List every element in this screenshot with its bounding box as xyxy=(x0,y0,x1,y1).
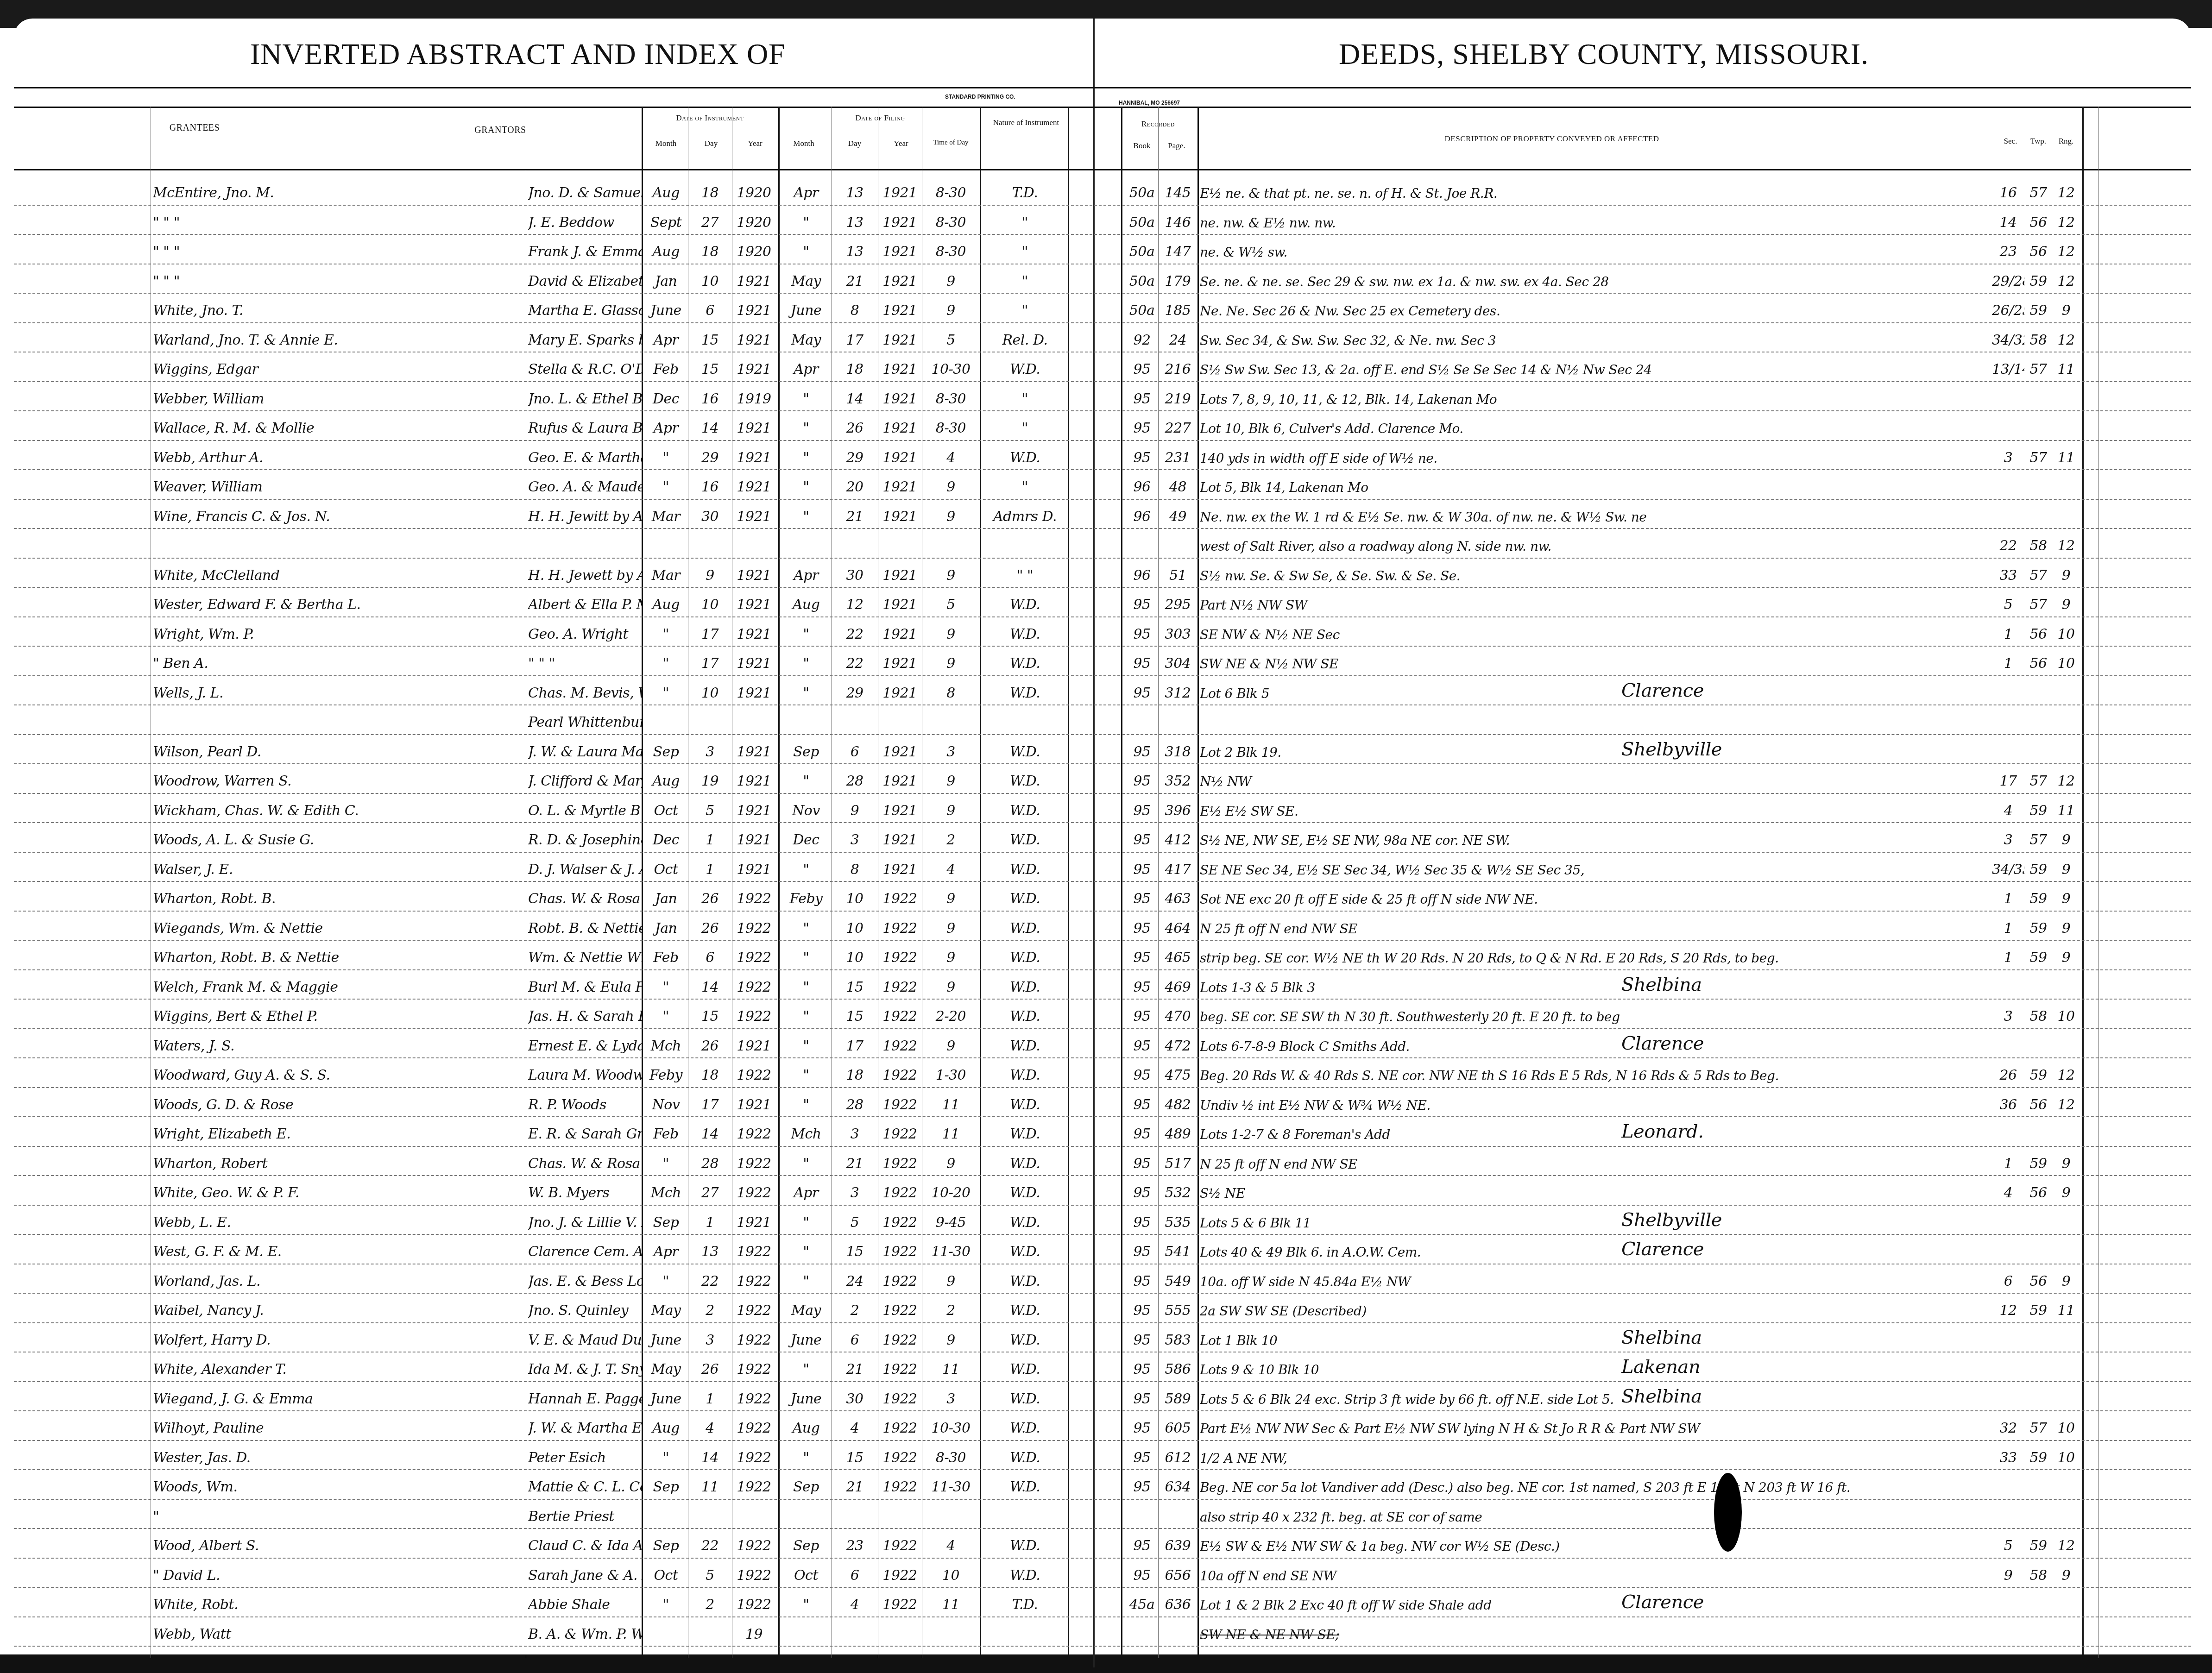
cell-nature: " xyxy=(982,479,1068,495)
cell-twp: 56 xyxy=(2024,655,2052,672)
cell-rng: 12 xyxy=(2052,773,2080,789)
cell-time: 9 xyxy=(922,302,980,319)
cell-description: strip beg. SE cor. W½ NE th W 20 Rds. N … xyxy=(1200,950,1987,966)
cell-page: 24 xyxy=(1160,332,1195,348)
cell-sec: 14 xyxy=(1992,214,2024,231)
cell-inst-year: 1922 xyxy=(732,1332,776,1348)
cell-grantee: Webber, William xyxy=(153,391,523,407)
cell-grantee: Waters, J. S. xyxy=(153,1038,523,1054)
cell-sec: 36 xyxy=(1992,1097,2024,1113)
cell-file-month: " xyxy=(781,244,832,260)
cell-sec: 22 xyxy=(1992,538,2024,554)
cell-time: 8-30 xyxy=(922,391,980,407)
cell-inst-year: 1922 xyxy=(732,1008,776,1025)
cell-rng: 10 xyxy=(2052,1450,2080,1466)
cell-book: 50a xyxy=(1123,185,1160,201)
cell-description: 140 yds in width off E side of W½ ne. xyxy=(1200,451,1987,466)
cell-time: 11 xyxy=(922,1361,980,1377)
table-row: Wood, Albert S.Claud C. & Ida A. LinsonS… xyxy=(0,1529,2212,1557)
table-row: Wiegands, Wm. & NettieRobt. B. & Nettie … xyxy=(0,912,2212,939)
cell-nature: W.D. xyxy=(982,1479,1068,1495)
table-row: Wharton, Robt. B. & NettieWm. & Nettie W… xyxy=(0,941,2212,969)
cell-inst-month: Oct xyxy=(644,862,688,878)
cell-file-year: 1921 xyxy=(878,773,922,789)
cell-file-month: " xyxy=(781,1450,832,1466)
cell-inst-month: Apr xyxy=(644,1244,688,1260)
cell-grantee: " xyxy=(153,1509,523,1525)
cell-book: 95 xyxy=(1123,1332,1160,1348)
cell-inst-month: " xyxy=(644,626,688,642)
cell-nature: W.D. xyxy=(982,891,1068,907)
cell-grantee: Waibel, Nancy J. xyxy=(153,1302,523,1319)
cell-inst-month: Aug xyxy=(644,244,688,260)
table-row: "Bertie Priestalso strip 40 x 232 ft. be… xyxy=(0,1500,2212,1528)
cell-description: Lot 1 & 2 Blk 2 Exc 40 ft off W side Sha… xyxy=(1200,1598,1987,1613)
header-nature: Nature of Instrument xyxy=(984,118,1068,127)
cell-page: 639 xyxy=(1160,1538,1195,1554)
cell-file-year: 1922 xyxy=(878,1420,922,1436)
cell-file-month: Sep xyxy=(781,744,832,760)
cell-rng: 9 xyxy=(2052,1273,2080,1289)
cell-rng: 12 xyxy=(2052,1097,2080,1113)
cell-inst-day: 18 xyxy=(688,1067,732,1083)
cell-page: 49 xyxy=(1160,509,1195,525)
cell-page: 48 xyxy=(1160,479,1195,495)
cell-grantee: Webb, Arthur A. xyxy=(153,450,523,466)
cell-book: 95 xyxy=(1123,1567,1160,1584)
cell-inst-month: " xyxy=(644,1597,688,1613)
cell-page: 469 xyxy=(1160,979,1195,995)
cell-twp: 59 xyxy=(2024,1302,2052,1319)
header-inst-year: Year xyxy=(734,139,776,148)
cell-file-month: " xyxy=(781,450,832,466)
table-row: Woods, G. D. & RoseR. P. WoodsNov171921"… xyxy=(0,1088,2212,1116)
cell-inst-year: 1921 xyxy=(732,450,776,466)
cell-file-year: 1921 xyxy=(878,597,922,613)
cell-inst-year: 1922 xyxy=(732,1567,776,1584)
cell-inst-day: 1 xyxy=(688,832,732,848)
cell-page: 555 xyxy=(1160,1302,1195,1319)
cell-grantee: West, G. F. & M. E. xyxy=(153,1244,523,1260)
cell-inst-month: Sep xyxy=(644,1538,688,1554)
cell-time: 8-30 xyxy=(922,1450,980,1466)
table-row: Wharton, Robt. B.Chas. W. & Rosa L. Blin… xyxy=(0,882,2212,910)
cell-grantor: Clarence Cem. Assn xyxy=(528,1244,642,1260)
cell-description: Lot 5, Blk 14, Lakenan Mo xyxy=(1200,480,1987,495)
cell-inst-day: 26 xyxy=(688,891,732,907)
cell-time: 9 xyxy=(922,1332,980,1348)
cell-inst-year: 1921 xyxy=(732,332,776,348)
cell-file-year: 1921 xyxy=(878,803,922,819)
cell-inst-year: 1921 xyxy=(732,803,776,819)
cell-rng: 11 xyxy=(2052,450,2080,466)
cell-page: 146 xyxy=(1160,214,1195,231)
cell-inst-day: 1 xyxy=(688,1214,732,1231)
cell-town: Shelbina xyxy=(1621,1386,1862,1407)
cell-page: 470 xyxy=(1160,1008,1195,1025)
cell-page: 489 xyxy=(1160,1126,1195,1142)
cell-description: E½ E½ SW SE. xyxy=(1200,804,1987,819)
cell-inst-day: 22 xyxy=(688,1273,732,1289)
header-twp: Twp. xyxy=(2024,137,2052,146)
cell-twp: 59 xyxy=(2024,862,2052,878)
cell-inst-day: 14 xyxy=(688,979,732,995)
cell-book: 95 xyxy=(1123,1038,1160,1054)
cell-nature: W.D. xyxy=(982,1450,1068,1466)
cell-file-year: 1922 xyxy=(878,1067,922,1083)
cell-file-year: 1921 xyxy=(878,420,922,436)
cell-grantor: Chas. W. & Rosa L. Blines xyxy=(528,1156,642,1172)
cell-file-month: Apr xyxy=(781,1185,832,1201)
cell-book: 95 xyxy=(1123,1302,1160,1319)
cell-sec: 26 xyxy=(1992,1067,2024,1083)
cell-grantor: Jno. D. & Samuel C. McCarty xyxy=(528,185,642,201)
cell-inst-day: 15 xyxy=(688,361,732,377)
cell-grantor: R. D. & Josephine Wood xyxy=(528,832,642,848)
cell-file-day: 23 xyxy=(832,1538,878,1554)
cell-file-day: 21 xyxy=(832,273,878,289)
cell-file-month: May xyxy=(781,273,832,289)
cell-page: 352 xyxy=(1160,773,1195,789)
cell-description: Se. ne. & ne. se. Sec 29 & sw. nw. ex 1a… xyxy=(1200,274,1987,289)
cell-book: 95 xyxy=(1123,862,1160,878)
cell-book: 95 xyxy=(1123,832,1160,848)
table-row: Wilson, Pearl D.J. W. & Laura May Wilson… xyxy=(0,735,2212,763)
cell-grantee: Wallace, R. M. & Mollie xyxy=(153,420,523,436)
cell-nature: W.D. xyxy=(982,1097,1068,1113)
cell-description: N 25 ft off N end NW SE xyxy=(1200,1157,1987,1172)
cell-nature: W.D. xyxy=(982,1302,1068,1319)
cell-twp: 57 xyxy=(2024,185,2052,201)
cell-time: 10-30 xyxy=(922,361,980,377)
cell-page: 464 xyxy=(1160,920,1195,937)
cell-book: 95 xyxy=(1123,1391,1160,1407)
cell-grantee: Wharton, Robt. B. xyxy=(153,891,523,907)
cell-description: N½ NW xyxy=(1200,774,1987,789)
cell-inst-year: 1922 xyxy=(732,1391,776,1407)
cell-file-month: May xyxy=(781,1302,832,1319)
cell-grantee: Wharton, Robert xyxy=(153,1156,523,1172)
cell-inst-day: 26 xyxy=(688,920,732,937)
cell-twp: 59 xyxy=(2024,273,2052,289)
cell-book: 95 xyxy=(1123,1067,1160,1083)
header-file-month: Month xyxy=(781,139,827,148)
cell-inst-month: Feb xyxy=(644,950,688,966)
cell-time: 10-20 xyxy=(922,1185,980,1201)
cell-inst-year: 1921 xyxy=(732,862,776,878)
cell-town: Clarence xyxy=(1621,1591,1862,1613)
cell-file-year: 1922 xyxy=(878,1538,922,1554)
cell-inst-day: 29 xyxy=(688,450,732,466)
cell-file-day: 8 xyxy=(832,302,878,319)
table-row: Waters, J. S.Ernest E. & Lyda B. Donalds… xyxy=(0,1029,2212,1057)
cell-nature: W.D. xyxy=(982,773,1068,789)
cell-file-year: 1921 xyxy=(878,302,922,319)
cell-inst-day: 1 xyxy=(688,862,732,878)
cell-grantee: Woodrow, Warren S. xyxy=(153,773,523,789)
cell-inst-month: " xyxy=(644,655,688,672)
cell-book: 95 xyxy=(1123,450,1160,466)
printer-location: HANNIBAL, MO 256697 xyxy=(1119,100,1180,106)
cell-inst-month: Mar xyxy=(644,567,688,584)
cell-inst-month: " xyxy=(644,479,688,495)
cell-sec: 1 xyxy=(1992,891,2024,907)
cell-inst-day: 27 xyxy=(688,214,732,231)
cell-time: 11-30 xyxy=(922,1479,980,1495)
cell-grantee: Worland, Jas. L. xyxy=(153,1273,523,1289)
cell-book: 95 xyxy=(1123,773,1160,789)
cell-inst-day: 15 xyxy=(688,332,732,348)
header-rule-bottom xyxy=(14,169,2191,170)
cell-nature: " xyxy=(982,214,1068,231)
cell-file-day: 6 xyxy=(832,744,878,760)
cell-grantor: Hannah E. Paggett xyxy=(528,1391,642,1407)
cell-twp: 57 xyxy=(2024,450,2052,466)
cell-book: 50a xyxy=(1123,302,1160,319)
cell-nature: W.D. xyxy=(982,1332,1068,1348)
cell-time: 9 xyxy=(922,626,980,642)
cell-file-day: 21 xyxy=(832,1361,878,1377)
cell-book: 95 xyxy=(1123,361,1160,377)
cell-twp: 59 xyxy=(2024,302,2052,319)
cell-twp: 59 xyxy=(2024,1450,2052,1466)
cell-description: Lots 5 & 6 Blk 24 exc. Strip 3 ft wide b… xyxy=(1200,1392,1987,1407)
cell-twp: 57 xyxy=(2024,1420,2052,1436)
cell-description: Lot 2 Blk 19. xyxy=(1200,745,1987,760)
cell-book: 95 xyxy=(1123,744,1160,760)
cell-file-year: 1922 xyxy=(878,1273,922,1289)
cell-inst-year: 1922 xyxy=(732,1597,776,1613)
table-row: White, Geo. W. & P. F.W. B. MyersMch2719… xyxy=(0,1176,2212,1204)
cell-grantee: " " " xyxy=(153,244,523,260)
cell-inst-day: 14 xyxy=(688,1126,732,1142)
cell-twp: 57 xyxy=(2024,597,2052,613)
cell-grantee: Warland, Jno. T. & Annie E. xyxy=(153,332,523,348)
cell-inst-year: 19 xyxy=(732,1626,776,1642)
table-row: White, McClellandH. H. Jewett by Admr.Ma… xyxy=(0,559,2212,586)
cell-inst-month: Mch xyxy=(644,1185,688,1201)
cell-description: S½ NE, NW SE, E½ SE NW, 98a NE cor. NE S… xyxy=(1200,833,1987,848)
cell-description: E½ ne. & that pt. ne. se. n. of H. & St.… xyxy=(1200,186,1987,201)
cell-description: N 25 ft off N end NW SE xyxy=(1200,921,1987,937)
cell-time: 3 xyxy=(922,1391,980,1407)
cell-file-day: 24 xyxy=(832,1273,878,1289)
cell-inst-month: " xyxy=(644,1156,688,1172)
cell-description: Lot 1 Blk 10 xyxy=(1200,1333,1987,1348)
cell-inst-month: May xyxy=(644,1302,688,1319)
cell-page: 396 xyxy=(1160,803,1195,819)
cell-inst-month: Dec xyxy=(644,832,688,848)
cell-nature: W.D. xyxy=(982,1361,1068,1377)
cell-book: 95 xyxy=(1123,1156,1160,1172)
cell-page: 216 xyxy=(1160,361,1195,377)
cell-inst-year: 1922 xyxy=(732,1479,776,1495)
cell-grantor: O. L. & Myrtle B. Phillibert xyxy=(528,803,642,819)
cell-inst-month: " xyxy=(644,979,688,995)
cell-book: 95 xyxy=(1123,1126,1160,1142)
cell-rng: 9 xyxy=(2052,567,2080,584)
cell-grantee: Wilhoyt, Pauline xyxy=(153,1420,523,1436)
cell-town: Shelbina xyxy=(1621,1327,1862,1348)
cell-grantor: Jas. E. & Bess Lou Worland xyxy=(528,1273,642,1289)
cell-file-day: 13 xyxy=(832,214,878,231)
cell-inst-month: Apr xyxy=(644,420,688,436)
cell-grantor: Jno. L. & Ethel Baxter xyxy=(528,391,642,407)
cell-time: 9 xyxy=(922,479,980,495)
cell-sec: 3 xyxy=(1992,450,2024,466)
cell-nature: W.D. xyxy=(982,1185,1068,1201)
cell-file-year: 1921 xyxy=(878,450,922,466)
header-sec: Sec. xyxy=(1997,137,2024,146)
cell-page: 147 xyxy=(1160,244,1195,260)
cell-town: Shelbina xyxy=(1621,974,1862,995)
header-rng: Rng. xyxy=(2052,137,2080,146)
cell-town: Leonard. xyxy=(1621,1121,1862,1142)
cell-file-month: " xyxy=(781,214,832,231)
table-row: McEntire, Jno. M.Jno. D. & Samuel C. McC… xyxy=(0,176,2212,204)
cell-page: 227 xyxy=(1160,420,1195,436)
cell-file-month: " xyxy=(781,1597,832,1613)
cell-grantee: Wright, Elizabeth E. xyxy=(153,1126,523,1142)
cell-twp: 56 xyxy=(2024,1097,2052,1113)
cell-grantee: Woods, A. L. & Susie G. xyxy=(153,832,523,848)
cell-file-year: 1921 xyxy=(878,862,922,878)
cell-file-month: May xyxy=(781,332,832,348)
table-row: White, Alexander T.Ida M. & J. T. Snyder… xyxy=(0,1352,2212,1380)
cell-rng: 12 xyxy=(2052,1538,2080,1554)
table-row: Woodrow, Warren S.J. Clifford & Mary A. … xyxy=(0,764,2212,792)
cell-file-year: 1922 xyxy=(878,1391,922,1407)
cell-inst-day: 6 xyxy=(688,302,732,319)
cell-sec: 5 xyxy=(1992,1538,2024,1554)
cell-grantor: Claud C. & Ida A. Linson xyxy=(528,1538,642,1554)
cell-description: SW NE & N½ NW SE xyxy=(1200,656,1987,672)
cell-time: 8-30 xyxy=(922,420,980,436)
cell-inst-year: 1921 xyxy=(732,567,776,584)
cell-book: 95 xyxy=(1123,950,1160,966)
cell-inst-day: 18 xyxy=(688,244,732,260)
cell-file-day: 28 xyxy=(832,773,878,789)
cell-inst-month: Aug xyxy=(644,773,688,789)
cell-file-month: Oct xyxy=(781,1567,832,1584)
cell-grantee: Wood, Albert S. xyxy=(153,1538,523,1554)
header-time-of-day: Time of Day xyxy=(922,139,980,147)
cell-grantor: D. J. Walser & J. A. Robinson xyxy=(528,862,642,878)
cell-grantee: Wester, Jas. D. xyxy=(153,1450,523,1466)
cell-grantor: Wm. & Nettie Wiegands xyxy=(528,950,642,966)
cell-inst-day: 17 xyxy=(688,626,732,642)
cell-time: 8 xyxy=(922,685,980,701)
cell-sec: 3 xyxy=(1992,832,2024,848)
cell-page: 318 xyxy=(1160,744,1195,760)
cell-grantor: E. R. & Sarah Grace Pitman xyxy=(528,1126,642,1142)
cell-file-year: 1922 xyxy=(878,1038,922,1054)
cell-book: 95 xyxy=(1123,1008,1160,1025)
cell-sec: 1 xyxy=(1992,655,2024,672)
cell-inst-day: 3 xyxy=(688,1332,732,1348)
cell-inst-month: Aug xyxy=(644,1420,688,1436)
cell-file-day: 10 xyxy=(832,891,878,907)
cell-inst-year: 1922 xyxy=(732,1273,776,1289)
cell-page: 589 xyxy=(1160,1391,1195,1407)
table-row: Wilhoyt, PaulineJ. W. & Martha E. O'Dani… xyxy=(0,1411,2212,1439)
cell-time: 9 xyxy=(922,509,980,525)
cell-inst-month: Nov xyxy=(644,1097,688,1113)
cell-book: 95 xyxy=(1123,979,1160,995)
cell-time: 10-30 xyxy=(922,1420,980,1436)
cell-file-month: Feby xyxy=(781,891,832,907)
cell-inst-day: 2 xyxy=(688,1597,732,1613)
cell-book: 95 xyxy=(1123,1273,1160,1289)
cell-book: 95 xyxy=(1123,920,1160,937)
cell-nature: W.D. xyxy=(982,1567,1068,1584)
cell-inst-day: 28 xyxy=(688,1156,732,1172)
cell-inst-year: 1921 xyxy=(732,655,776,672)
cell-book: 45a xyxy=(1123,1597,1160,1613)
cell-file-year: 1921 xyxy=(878,391,922,407)
table-row: Pearl Whittenburg xyxy=(0,705,2212,733)
cell-grantor: Jno. J. & Lillie V. Hewitt xyxy=(528,1214,642,1231)
cell-book: 95 xyxy=(1123,1450,1160,1466)
cell-description: beg. SE cor. SE SW th N 30 ft. Southwest… xyxy=(1200,1009,1987,1025)
cell-file-month: " xyxy=(781,862,832,878)
cell-file-month: Aug xyxy=(781,597,832,613)
cell-file-year: 1921 xyxy=(878,509,922,525)
cell-grantor: B. A. & Wm. P. Wright xyxy=(528,1626,642,1642)
table-row: Welch, Frank M. & MaggieBurl M. & Eula F… xyxy=(0,970,2212,998)
cell-description: S½ nw. Se. & Sw Se, & Se. Sw. & Se. Se. xyxy=(1200,568,1987,584)
cell-book: 96 xyxy=(1123,509,1160,525)
cell-page: 532 xyxy=(1160,1185,1195,1201)
cell-inst-year: 1921 xyxy=(732,302,776,319)
cell-inst-year: 1922 xyxy=(732,1538,776,1554)
cell-page: 517 xyxy=(1160,1156,1195,1172)
cell-time: 4 xyxy=(922,1538,980,1554)
cell-inst-day: 27 xyxy=(688,1185,732,1201)
table-row: Webb, L. E.Jno. J. & Lillie V. HewittSep… xyxy=(0,1206,2212,1233)
cell-inst-year: 1921 xyxy=(732,597,776,613)
cell-grantee: Wiegands, Wm. & Nettie xyxy=(153,920,523,937)
cell-inst-year: 1922 xyxy=(732,891,776,907)
cell-grantor: Mary E. Sparks by Guardian xyxy=(528,332,642,348)
cell-sec: 5 xyxy=(1992,597,2024,613)
cell-grantor: David & Elizabeth Bayed xyxy=(528,273,642,289)
cell-inst-day: 15 xyxy=(688,1008,732,1025)
cell-inst-year: 1920 xyxy=(732,214,776,231)
cell-inst-month: Sep xyxy=(644,1214,688,1231)
cell-sec: 34/32/3 xyxy=(1992,332,2024,348)
cell-sec: 13/14/24 xyxy=(1992,361,2024,377)
cell-grantee: Wiggins, Edgar xyxy=(153,361,523,377)
cell-rng: 10 xyxy=(2052,1420,2080,1436)
cell-grantor: Chas. W. & Rosa L. Blines xyxy=(528,891,642,907)
cell-file-day: 30 xyxy=(832,567,878,584)
cell-grantor: Laura M. Woodward xyxy=(528,1067,642,1083)
cell-rng: 10 xyxy=(2052,655,2080,672)
cell-description: Beg. NE cor 5a lot Vandiver add (Desc.) … xyxy=(1200,1480,1987,1495)
cell-twp: 56 xyxy=(2024,1185,2052,1201)
cell-file-month: Apr xyxy=(781,567,832,584)
cell-file-year: 1921 xyxy=(878,567,922,584)
cell-file-year: 1921 xyxy=(878,185,922,201)
cell-book: 95 xyxy=(1123,1420,1160,1436)
cell-file-year: 1922 xyxy=(878,1008,922,1025)
cell-page: 51 xyxy=(1160,567,1195,584)
ink-blot xyxy=(1714,1473,1742,1552)
cell-rng: 12 xyxy=(2052,332,2080,348)
cell-sec: 33 xyxy=(1992,567,2024,584)
cell-inst-year: 1922 xyxy=(732,1126,776,1142)
